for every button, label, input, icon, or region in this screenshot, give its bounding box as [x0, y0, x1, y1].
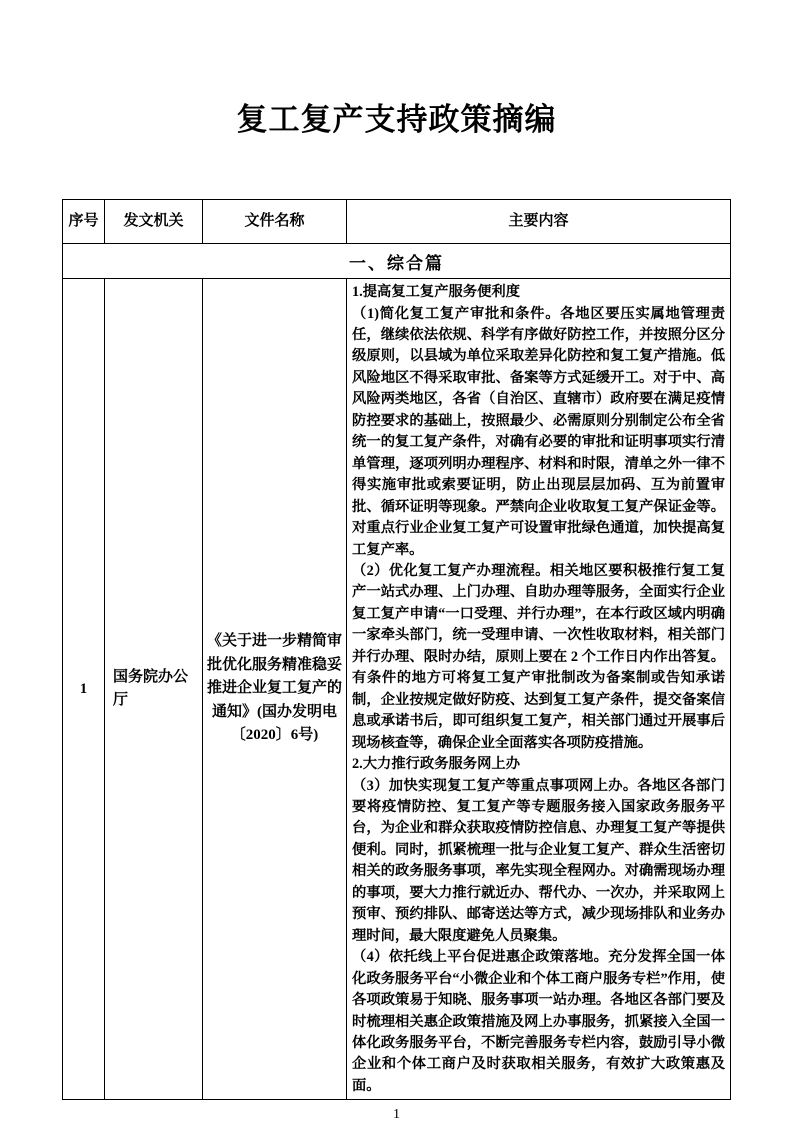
document-title: 复工复产支持政策摘编: [0, 103, 793, 137]
column-header-document-name: 文件名称: [203, 200, 347, 244]
content-paragraph: （3）加快实现复工复产等重点事项网上办。各地区各部门要将疫情防控、复工复产等专题…: [352, 776, 725, 948]
document-page: 复工复产支持政策摘编 序号 发文机关 文件名称 主要内容 一、综合篇 1 国务院…: [0, 0, 793, 1122]
table-header-row: 序号 发文机关 文件名称 主要内容: [63, 200, 731, 244]
content-paragraph: （1)简化复工复产审批和条件。各地区要压实属地管理责任，继续依法依规、科学有序做…: [352, 304, 725, 561]
section-header-row: 一、综合篇: [63, 244, 731, 279]
table-row: 1 国务院办公厅 《关于进一步精简审批优化服务精准稳妥推进企业复工复产的通知》(…: [63, 279, 731, 1100]
content-paragraph: 1.提高复工复产服务便利度: [352, 282, 725, 303]
content-paragraph: （2）优化复工复产办理流程。相关地区要积极推行复工复产一站式办理、上门办理、自助…: [352, 561, 725, 754]
row-index: 1: [63, 279, 105, 1100]
row-document-name: 《关于进一步精简审批优化服务精准稳妥推进企业复工复产的通知》(国办发明电〔202…: [203, 279, 347, 1100]
content-paragraph: 2.大力推行政务服务网上办: [352, 754, 725, 775]
content-paragraph: （4）依托线上平台促进惠企政策落地。充分发挥全国一体化政务服务平台“小微企业和个…: [352, 947, 725, 1097]
column-header-index: 序号: [63, 200, 105, 244]
row-issuing-agency: 国务院办公厅: [105, 279, 203, 1100]
page-number: 1: [0, 1107, 793, 1122]
column-header-main-content: 主要内容: [347, 200, 731, 244]
row-main-content: 1.提高复工复产服务便利度（1)简化复工复产审批和条件。各地区要压实属地管理责任…: [347, 279, 731, 1100]
column-header-agency: 发文机关: [105, 200, 203, 244]
section-title: 一、综合篇: [63, 244, 731, 279]
policy-table: 序号 发文机关 文件名称 主要内容 一、综合篇 1 国务院办公厅 《关于进一步精…: [62, 199, 731, 1100]
